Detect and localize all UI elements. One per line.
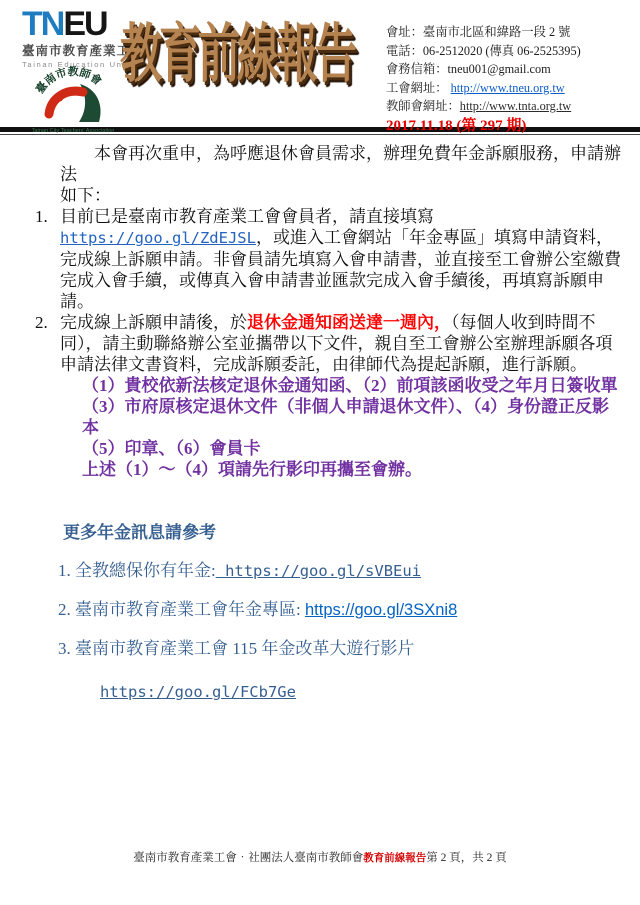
list-item-1: 1. 目前已是臺南市教育產業工會會員者，請直接填寫 https://goo.gl… — [35, 206, 624, 312]
contact-phone-label: 電話： — [386, 44, 423, 58]
document-body: 本會再次重申，為呼應退休會員需求，辦理免費年金訴願服務，申請辦法 如下： 1. … — [0, 135, 640, 703]
more-info-item-1-label: 全教總保你有年金: — [75, 561, 216, 580]
list-item-1-text-pre: 目前已是臺南市教育產業工會會員者，請直接填寫 — [60, 207, 434, 226]
required-documents-note: 上述（1）～（4）項請先行影印再攜至會辦。 — [82, 459, 624, 480]
issue-date: 2017.11.18 (第 297 期) — [386, 117, 638, 136]
footer-org-text: 臺南市教育產業工會‧社團法人臺南市教師會 — [133, 852, 363, 864]
wordmark-eu: EU — [63, 5, 106, 43]
footer-brand-red: 教育前線報告 — [363, 853, 426, 864]
masthead: TNEU 臺南市教育產業工會 Tainan Education Union 臺南… — [0, 0, 640, 127]
contact-phone-value: 06-2512020 (傳真 06-2525395) — [423, 44, 581, 58]
contact-ta-site-label: 教師會網址： — [386, 99, 460, 113]
pension-zone-link[interactable]: https://goo.gl/3SXni8 — [305, 601, 457, 619]
required-documents-line3: （5）印章、（6）會員卡 — [82, 438, 624, 459]
deadline-emphasis-red: 退休金通知函送達一週內， — [247, 313, 451, 332]
contact-email-value: tneu001@gmail.com — [448, 62, 551, 76]
required-documents-line2: （3）市府原核定退休文件（非個人申請退休文件）、（4）身份證正反影本 — [82, 396, 624, 438]
more-info-item-1-number: 1. — [58, 561, 71, 580]
contact-email-label: 會務信箱： — [386, 62, 448, 76]
intro-paragraph-line2: 如下： — [60, 185, 624, 206]
more-info-item-1: 1. 全教總保你有年金: https://goo.gl/sVBEui — [58, 560, 624, 582]
intro-paragraph-line1: 本會再次重申，為呼應退休會員需求，辦理免費年金訴願服務，申請辦法 — [60, 143, 624, 185]
seal-caption: Tainan City Teachers' Association — [32, 128, 115, 134]
required-documents-line1: （1）貴校依新法核定退休金通知函、（2）前項該函收受之年月日簽收單 — [82, 375, 624, 396]
teachers-association-seal: 臺南市教師會 Tainan City Teachers' Association — [28, 58, 118, 136]
more-info-item-3-number: 3. — [58, 639, 71, 658]
union-website-link[interactable]: http://www.tneu.org.tw — [451, 81, 565, 95]
more-info-heading: 更多年金訊息請參考 — [63, 522, 624, 543]
contact-union-site-label: 工會網址： — [386, 81, 448, 95]
contact-email: 會務信箱：tneu001@gmail.com — [386, 60, 638, 79]
contact-phone: 電話：06-2512020 (傳真 06-2525395) — [386, 42, 638, 61]
teachers-association-website-link[interactable]: http://www.tnta.org.tw — [460, 99, 571, 113]
document-page: TNEU 臺南市教育產業工會 Tainan Education Union 臺南… — [0, 0, 640, 905]
more-info-item-3-label: 臺南市教育產業工會 115 年金改革大遊行影片 — [75, 639, 414, 658]
list-item-2: 2. 完成線上訴願申請後，於退休金通知函送達一週內，（每個人收到時間不同），請主… — [35, 312, 624, 480]
more-info-section: 更多年金訊息請參考 1. 全教總保你有年金: https://goo.gl/sV… — [35, 522, 624, 703]
list-item-2-number: 2. — [35, 312, 48, 333]
parade-video-link-line: https://goo.gl/FCb7Ge — [100, 681, 624, 703]
more-info-item-2: 2. 臺南市教育產業工會年金專區: https://goo.gl/3SXni8 — [58, 599, 624, 621]
masthead-title: 教育前線報告 — [120, 20, 354, 90]
contact-address: 會址：臺南市北區和緯路一段 2 號 — [386, 23, 638, 42]
contact-union-site: 工會網址： http://www.tneu.org.tw — [386, 79, 638, 98]
wordmark-tn: TN — [22, 5, 63, 43]
required-documents-list: （1）貴校依新法核定退休金通知函、（2）前項該函收受之年月日簽收單 （3）市府原… — [82, 375, 624, 480]
footer-page-number: 第 2 頁，共 2 頁 — [426, 852, 507, 864]
nftu-pension-link[interactable]: https://goo.gl/sVBEui — [216, 562, 421, 580]
contact-ta-site: 教師會網址：http://www.tnta.org.tw — [386, 97, 638, 116]
more-info-item-3: 3. 臺南市教育產業工會 115 年金改革大遊行影片 — [58, 638, 624, 659]
contact-info: 會址：臺南市北區和緯路一段 2 號 電話：06-2512020 (傳真 06-2… — [386, 23, 638, 135]
more-info-item-2-label: 臺南市教育產業工會年金專區: — [75, 600, 301, 619]
contact-address-label: 會址： — [386, 25, 423, 39]
list-item-1-number: 1. — [35, 206, 48, 227]
list-item-2-text-pre: 完成線上訴願申請後，於 — [60, 313, 247, 332]
parade-video-link[interactable]: https://goo.gl/FCb7Ge — [100, 683, 296, 701]
appeal-form-link[interactable]: https://goo.gl/ZdEJSL — [60, 229, 256, 247]
contact-address-value: 臺南市北區和緯路一段 2 號 — [423, 25, 571, 39]
page-footer: 臺南市教育產業工會‧社團法人臺南市教師會教育前線報告第 2 頁，共 2 頁 — [0, 849, 640, 865]
more-info-item-2-number: 2. — [58, 600, 71, 619]
